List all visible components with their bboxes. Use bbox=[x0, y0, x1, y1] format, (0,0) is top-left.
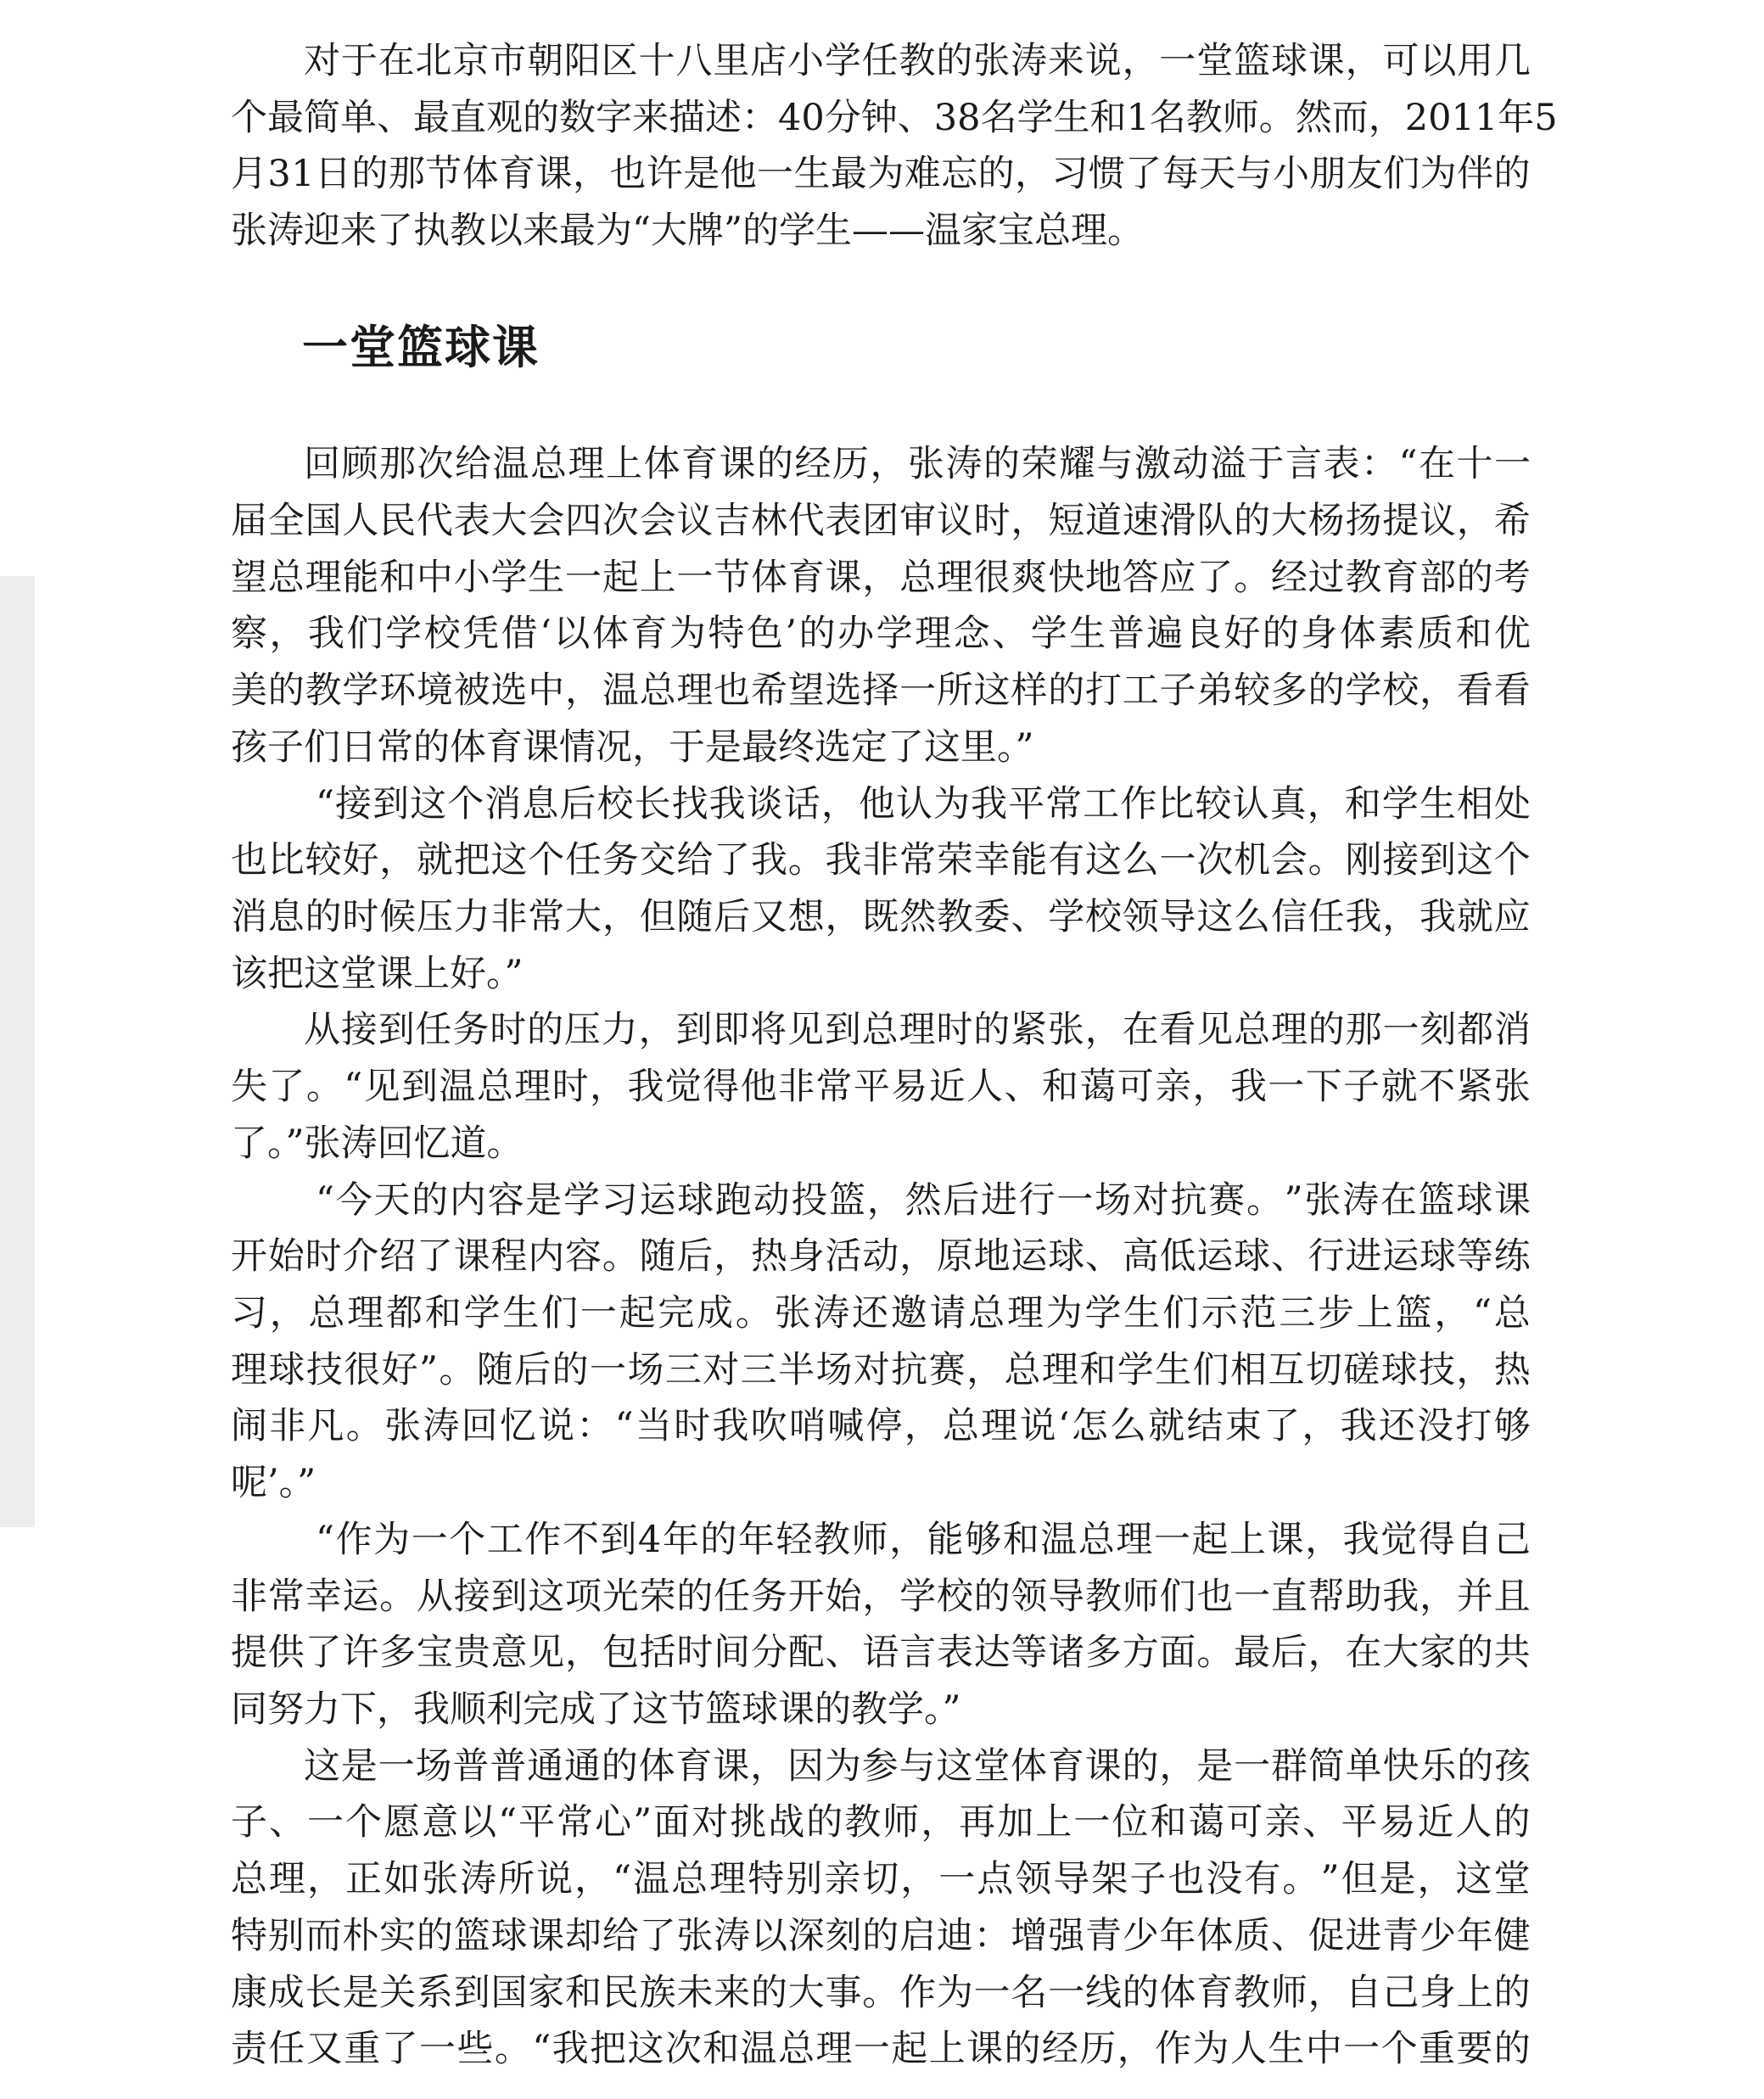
body-line: 非常幸运。从接到这项光荣的任务开始，学校的领导教师们也一直帮助我，并且 bbox=[231, 1569, 1531, 1625]
body-line: 这是一场普普通通的体育课，因为参与这堂体育课的，是一群简单快乐的孩 bbox=[304, 1738, 1531, 1794]
body-line: 该把这堂课上好。” bbox=[231, 946, 1531, 1002]
body-line: 责任又重了一些。“我把这次和温总理一起上课的经历，作为人生中一个重要的 bbox=[231, 2021, 1531, 2077]
intro-line-4: 张涛迎来了执教以来最为“大牌”的学生——温家宝总理。 bbox=[231, 203, 1531, 259]
section-heading: 一堂篮球课 bbox=[302, 316, 540, 380]
body-line: 察，我们学校凭借‘以体育为特色’的办学理念、学生普遍良好的身体素质和优 bbox=[231, 606, 1531, 662]
body-line: 望总理能和中小学生一起上一节体育课，总理很爽快地答应了。经过教育部的考 bbox=[231, 550, 1531, 606]
body-line: “作为一个工作不到4年的年轻教师，能够和温总理一起上课，我觉得自己 bbox=[316, 1512, 1531, 1568]
side-margin-bar bbox=[0, 576, 35, 1527]
body-line: 孩子们日常的体育课情况，于是最终选定了这里。” bbox=[231, 719, 1531, 775]
body-line: “接到这个消息后校长找我谈话，他认为我平常工作比较认真，和学生相处 bbox=[316, 776, 1531, 832]
body-line: 消息的时候压力非常大，但随后又想，既然教委、学校领导这么信任我，我就应 bbox=[231, 889, 1531, 945]
body-line: 特别而朴实的篮球课却给了张涛以深刻的启迪：增强青少年体质、促进青少年健 bbox=[231, 1908, 1531, 1964]
body-line: 也比较好，就把这个任务交给了我。我非常荣幸能有这么一次机会。刚接到这个 bbox=[231, 832, 1531, 888]
body-line: 子、一个愿意以“平常心”面对挑战的教师，再加上一位和蔼可亲、平易近人的 bbox=[231, 1794, 1531, 1850]
body-line: 闹非凡。张涛回忆说：“当时我吹哨喊停，总理说‘怎么就结束了，我还没打够 bbox=[231, 1398, 1531, 1454]
body-line: 同努力下，我顺利完成了这节篮球课的教学。” bbox=[231, 1682, 1531, 1738]
body-line: 习，总理都和学生们一起完成。张涛还邀请总理为学生们示范三步上篮，“总 bbox=[231, 1285, 1531, 1341]
body-line: 美的教学环境被选中，温总理也希望选择一所这样的打工子弟较多的学校，看看 bbox=[231, 663, 1531, 719]
body-line: 回顾那次给温总理上体育课的经历，张涛的荣耀与激动溢于言表：“在十一 bbox=[304, 436, 1531, 492]
body-line: 理球技很好”。随后的一场三对三半场对抗赛，总理和学生们相互切磋球技，热 bbox=[231, 1342, 1531, 1398]
body-line: 总理，正如张涛所说，“温总理特别亲切，一点领导架子也没有。”但是，这堂 bbox=[231, 1851, 1531, 1907]
body-line: 提供了许多宝贵意见，包括时间分配、语言表达等诸多方面。最后，在大家的共 bbox=[231, 1625, 1531, 1681]
body-line: 康成长是关系到国家和民族未来的大事。作为一名一线的体育教师，自己身上的 bbox=[231, 1965, 1531, 2021]
body-line: 失了。“见到温总理时，我觉得他非常平易近人、和蔼可亲，我一下子就不紧张 bbox=[231, 1059, 1531, 1115]
body-line: “今天的内容是学习运球跑动投篮，然后进行一场对抗赛。”张涛在篮球课 bbox=[316, 1173, 1531, 1229]
intro-line-2: 个最简单、最直观的数字来描述：40分钟、38名学生和1名教师。然而，2011年5 bbox=[231, 90, 1531, 146]
body-line: 呢’。” bbox=[231, 1455, 1531, 1511]
body-line: 开始时介绍了课程内容。随后，热身活动，原地运球、高低运球、行进运球等练 bbox=[231, 1229, 1531, 1285]
body-line: 了。”张涛回忆道。 bbox=[231, 1116, 1531, 1172]
body-line: 届全国人民代表大会四次会议吉林代表团审议时，短道速滑队的大杨扬提议，希 bbox=[231, 493, 1531, 549]
intro-line-3: 月31日的那节体育课，也许是他一生最为难忘的，习惯了每天与小朋友们为伴的 bbox=[231, 146, 1531, 202]
intro-line-1: 对于在北京市朝阳区十八里店小学任教的张涛来说，一堂篮球课，可以用几 bbox=[304, 33, 1531, 89]
body-line: 从接到任务时的压力，到即将见到总理时的紧张，在看见总理的那一刻都消 bbox=[304, 1002, 1531, 1058]
